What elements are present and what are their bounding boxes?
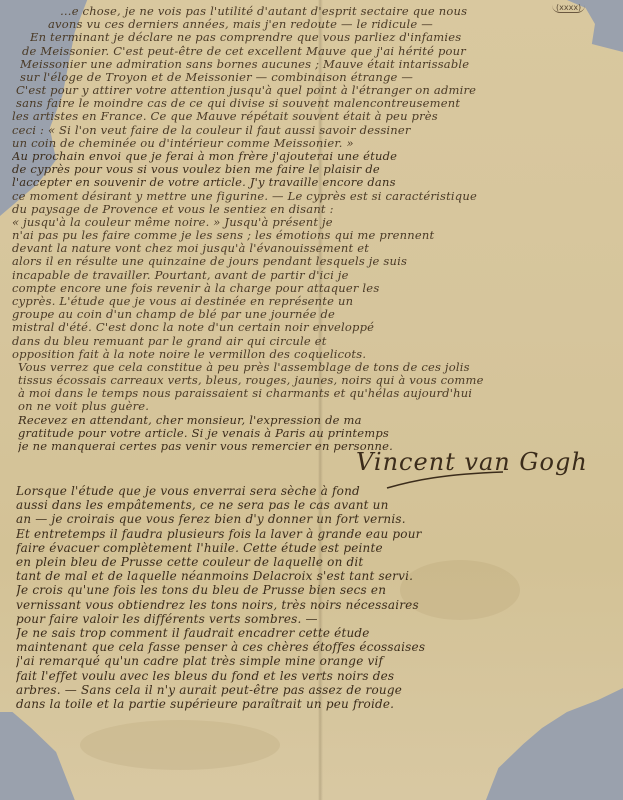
letter-line: les artistes en France. Ce que Mauve rép…	[12, 110, 613, 123]
postscript-line: Je ne sais trop comment il faudrait enca…	[16, 626, 613, 640]
letter-line: alors il en résulte une quinzaine de jou…	[12, 255, 613, 268]
letter-line: on ne voit plus guère.	[18, 400, 613, 413]
letter-line: Au prochain envoi que je ferai à mon frè…	[12, 150, 613, 163]
letter-line: Vous verrez que cela constitue à peu prè…	[18, 361, 613, 374]
postscript-line: pour faire valoir les différents verts s…	[16, 612, 613, 626]
letter-line: un coin de cheminée ou d'intérieur comme…	[12, 137, 613, 150]
postscript-line: en plein bleu de Prusse cette couleur de…	[16, 555, 613, 569]
letter-line: mistral d'été. C'est donc la note d'un c…	[12, 321, 613, 334]
letter-line: dans du bleu remuant par le grand air qu…	[12, 335, 613, 348]
letter-line: du paysage de Provence et vous le sentie…	[12, 203, 613, 216]
postscript-line: an — je croirais que vous ferez bien d'y…	[16, 512, 613, 526]
letter-line: sans faire le moindre cas de ce qui divi…	[16, 97, 613, 110]
letter-line: incapable de travailler. Pourtant, avant…	[12, 269, 613, 282]
postscript-line: faire évacuer complètement l'huile. Cett…	[16, 541, 613, 555]
letter-line: à moi dans le temps nous paraissaient si…	[18, 387, 613, 400]
letter-line: C'est pour y attirer votre attention jus…	[16, 84, 613, 97]
postscript-line: tant de mal et de laquelle néanmoins Del…	[16, 569, 613, 583]
postscript-line: j'ai remarqué qu'un cadre plat très simp…	[16, 654, 613, 668]
letter-line: Recevez en attendant, cher monsieur, l'e…	[18, 414, 613, 427]
letter-line: devant la nature vont chez moi jusqu'à l…	[12, 242, 613, 255]
letter-line: « jusqu'à la couleur même noire. » Jusqu…	[12, 216, 613, 229]
letter-line: opposition fait à la note noire le vermi…	[12, 348, 613, 361]
letter-line: cyprès. L'étude que je vous ai destinée …	[12, 295, 613, 308]
postscript-line: fait l'effet voulu avec les bleus du fon…	[16, 669, 613, 683]
letter-line: tissus écossais carreaux verts, bleus, r…	[18, 374, 613, 387]
letter-line: En terminant je déclare ne pas comprendr…	[30, 31, 613, 44]
letter-line: compte encore une fois revenir à la char…	[12, 282, 613, 295]
letter-line: l'accepter en souvenir de votre article.…	[12, 176, 613, 189]
letter-line: n'ai pas pu les faire comme je les sens …	[12, 229, 613, 242]
letter-line: …e chose, je ne vois pas l'utilité d'aut…	[60, 5, 613, 18]
letter-line: ceci : « Si l'on veut faire de la couleu…	[12, 124, 613, 137]
postscript-line: Et entretemps il faudra plusieurs fois l…	[16, 527, 613, 541]
letter-line: de cyprès pour vous si vous voulez bien …	[12, 163, 613, 176]
postscript-line: vernissant vous obtiendrez les tons noir…	[16, 598, 613, 612]
letter-line: de Meissonier. C'est peut-être de cet ex…	[22, 45, 613, 58]
letter-line: Meissonier une admiration sans bornes au…	[20, 58, 613, 71]
postscript-line: Je crois qu'une fois les tons du bleu de…	[16, 583, 613, 597]
letter-line: groupe au coin d'un champ de blé par une…	[12, 308, 613, 321]
postscript-line: Lorsque l'étude que je vous enverrai ser…	[16, 484, 613, 498]
paper-stain	[80, 720, 280, 770]
postscript-line: arbres. — Sans cela il n'y aurait peut-ê…	[16, 683, 613, 697]
letter-line: sur l'éloge de Troyon et de Meissonier —…	[20, 71, 613, 84]
letter-line: avons vu ces derniers années, mais j'en …	[48, 18, 613, 31]
postscript-line: aussi dans les empâtements, ce ne sera p…	[16, 498, 613, 512]
postscript-line: maintenant que cela fasse penser à ces c…	[16, 640, 613, 654]
letter-line: gratitude pour votre article. Si je vena…	[18, 427, 613, 440]
letter-line: ce moment désirant y mettre une figurine…	[12, 190, 613, 203]
postscript-line: dans la toile et la partie supérieure pa…	[16, 697, 613, 711]
